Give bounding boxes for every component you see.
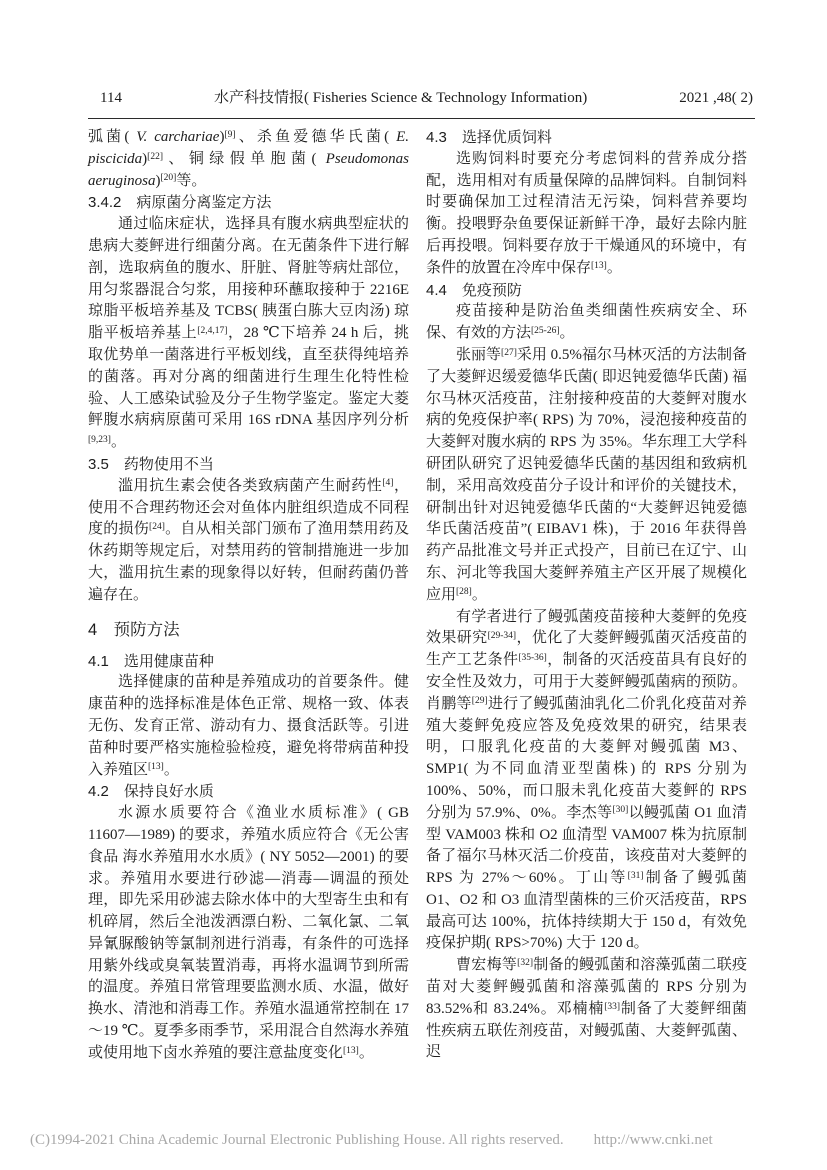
paragraph: 通过临床症状，选择具有腹水病典型症状的患病大菱鲆进行细菌分离。在无菌条件下进行解… [88,214,409,454]
paragraph: 选择健康的苗种是养殖成功的首要条件。健康苗种的选择标准是体色正常、规格一致、体表… [88,672,409,781]
page-footer: (C)1994-2021 China Academic Journal Elec… [30,1131,810,1149]
subsection-heading: 3.5 药物使用不当 [88,454,409,476]
paragraph: 疫苗接种是防治鱼类细菌性疾病安全、环保、有效的方法[25-26]。 [426,301,747,345]
paragraph: 滥用抗生素会使各类致病菌产生耐药性[4]，使用不合理药物还会对鱼体内脏组织造成不… [88,476,409,607]
copyright-text: (C)1994-2021 China Academic Journal Elec… [30,1131,564,1149]
paragraph: 选购饲料时要充分考虑饲料的营养成分搭配，选用相对有质量保障的品牌饲料。自制饲料时… [426,149,747,280]
subsection-heading: 3.4.2 病原菌分离鉴定方法 [88,192,409,214]
paragraph: 有学者进行了鳗弧菌疫苗接种大菱鲆的免疫效果研究[29-34]，优化了大菱鲆鳗弧菌… [426,607,747,956]
page-number: 114 [88,88,122,108]
paragraph: 曹宏梅等[32]制备的鳗弧菌和溶藻弧菌二联疫苗对大菱鲆鳗弧菌和溶藻弧菌的 RPS… [426,955,747,1064]
cnki-url: http://www.cnki.net [594,1131,713,1149]
right-column: 4.3 选择优质饲料选购饲料时要充分考虑饲料的营养成分搭配，选用相对有质量保障的… [426,127,747,1064]
subsection-heading: 4.1 选用健康苗种 [88,651,409,673]
journal-title: 水产科技情报( Fisheries Science & Technology I… [122,88,679,108]
page-header: 114 水产科技情报( Fisheries Science & Technolo… [88,88,755,119]
subsection-heading: 4.3 选择优质饲料 [426,127,747,149]
paragraph: 水源水质要符合《渔业水质标准》( GB 11607—1989) 的要求，养殖水质… [88,803,409,1065]
issue-info: 2021 ,48( 2) [679,88,755,108]
paragraph: 弧菌( V. carchariae)[9]、杀鱼爱德华氏菌( E. piscic… [88,127,409,192]
journal-page: 114 水产科技情报( Fisheries Science & Technolo… [0,0,827,1170]
left-column: 弧菌( V. carchariae)[9]、杀鱼爱德华氏菌( E. piscic… [88,127,409,1065]
subsection-heading: 4.4 免疫预防 [426,280,747,302]
section-heading: 4 预防方法 [88,618,409,642]
subsection-heading: 4.2 保持良好水质 [88,781,409,803]
paragraph: 张丽等[27]采用 0.5%福尔马林灭活的方法制备了大菱鲆迟缓爱德华氏菌( 即迟… [426,345,747,607]
